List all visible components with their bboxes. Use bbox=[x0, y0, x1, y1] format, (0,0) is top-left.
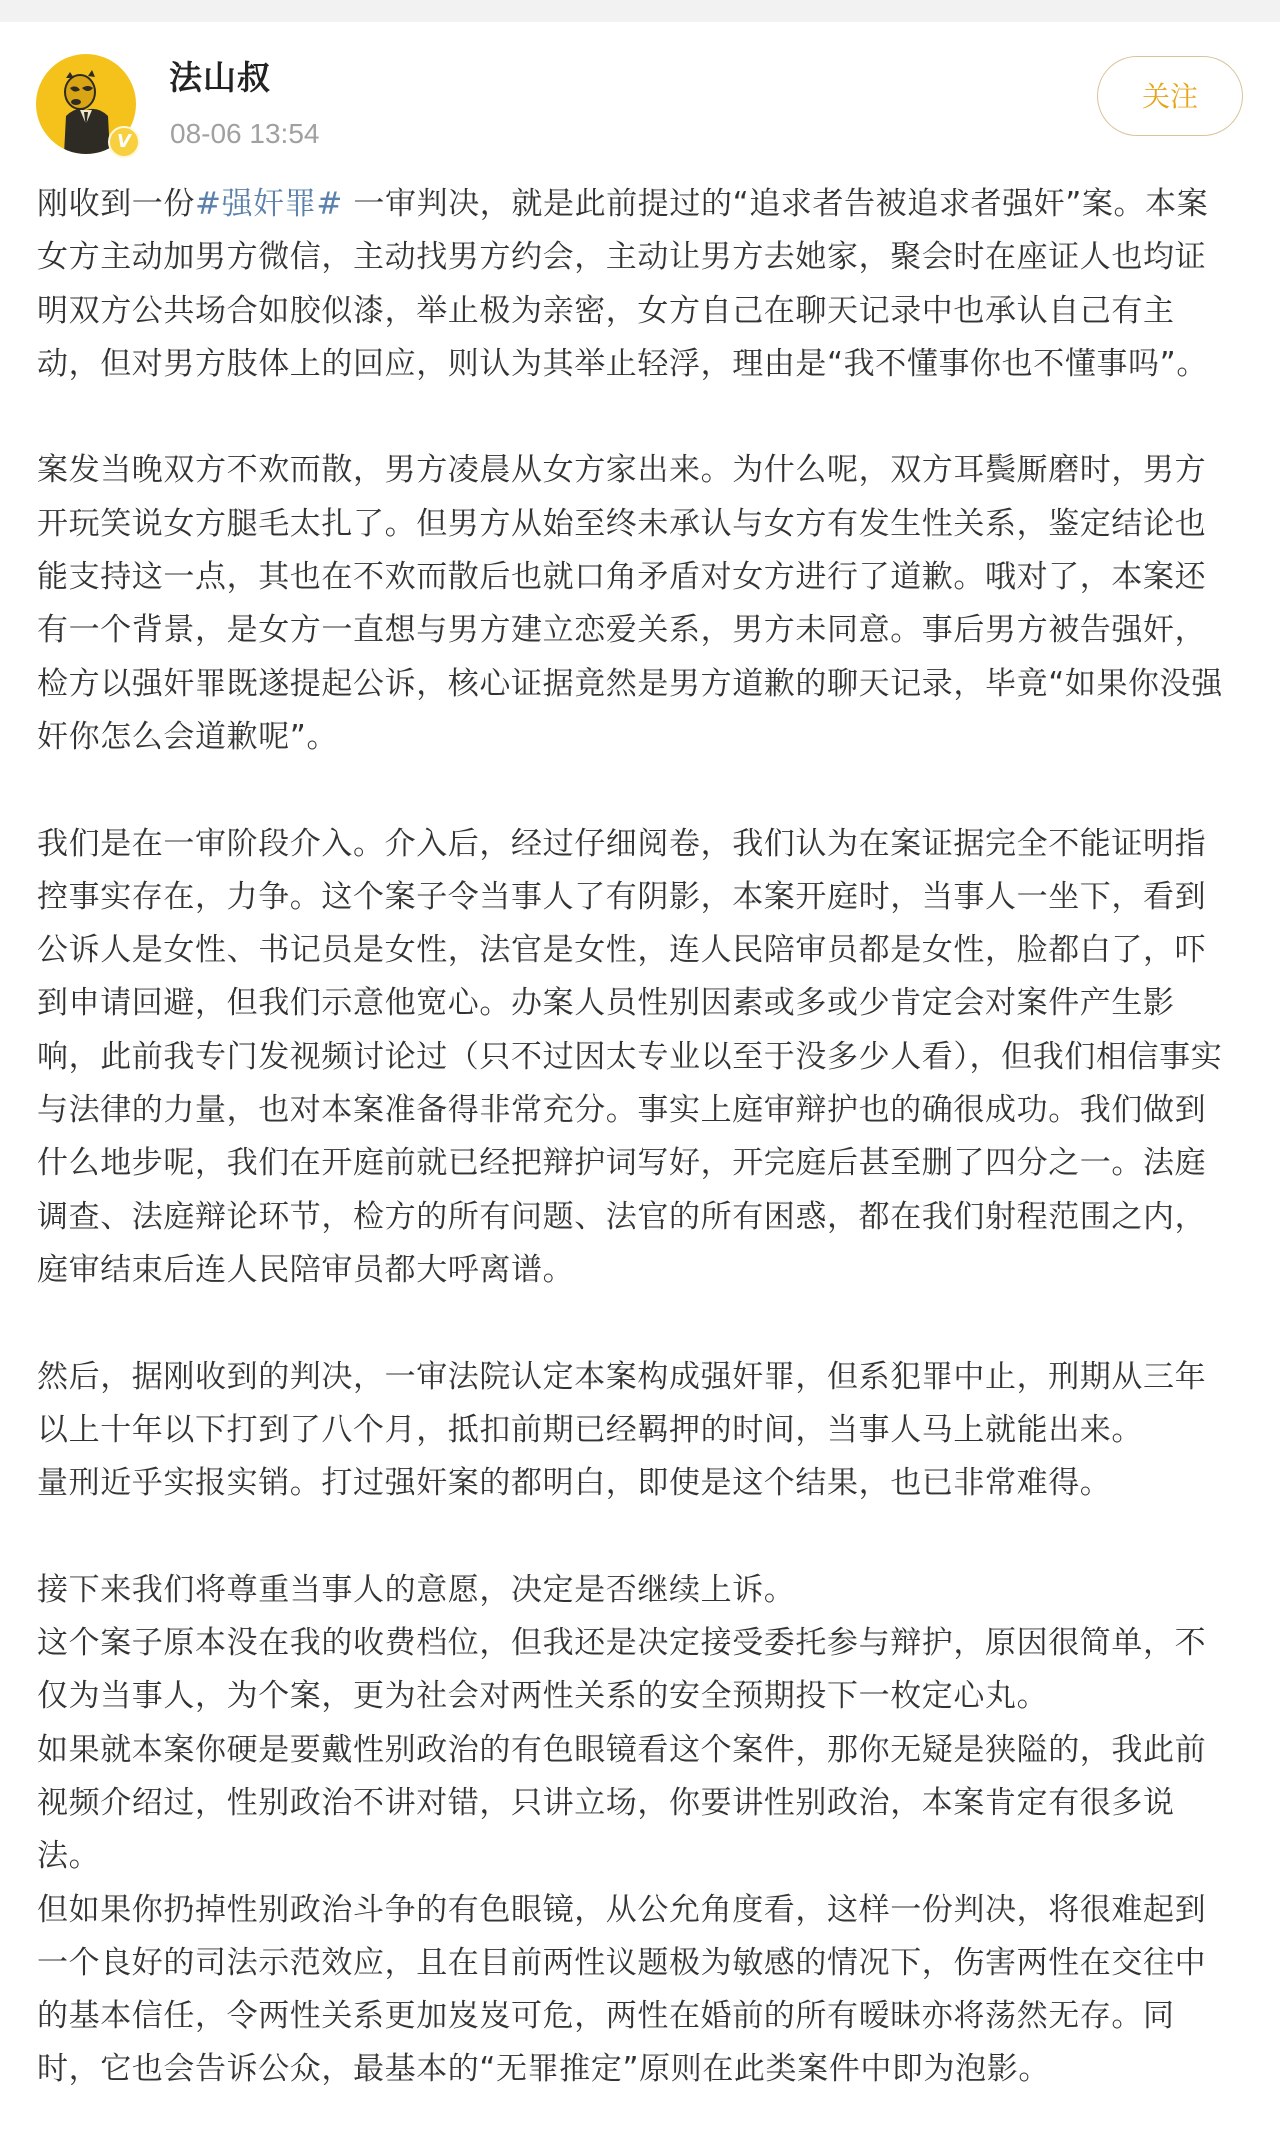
paragraph-1: 刚收到一份#强奸罪# 一审判决，就是此前提过的“追求者告被追求者强奸”案。本案女… bbox=[37, 178, 1237, 391]
paragraph-5-line-4: 但如果你扔掉性别政治斗争的有色眼镜，从公允角度看，这样一份判决，将很难起到一个良… bbox=[37, 1884, 1237, 2097]
paragraph-1-lead: 刚收到一份 bbox=[37, 186, 195, 222]
top-divider-strip bbox=[0, 0, 1280, 22]
paragraph-4-line-1: 然后，据刚收到的判决，一审法院认定本案构成强奸罪，但系犯罪中止，刑期从三年以上十… bbox=[37, 1351, 1237, 1458]
follow-button[interactable]: 关注 bbox=[1097, 56, 1243, 136]
paragraph-5-line-2: 这个案子原本没在我的收费档位，但我还是决定接受委托参与辩护，原因很简单，不仅为当… bbox=[37, 1617, 1237, 1724]
paragraph-5-line-1: 接下来我们将尊重当事人的意愿，决定是否继续上诉。 bbox=[37, 1564, 1237, 1617]
hashtag-link[interactable]: #强奸罪# bbox=[195, 186, 343, 222]
post-body: 刚收到一份#强奸罪# 一审判决，就是此前提过的“追求者告被追求者强奸”案。本案女… bbox=[37, 178, 1237, 2097]
post-timestamp: 08-06 13:54 bbox=[170, 114, 319, 154]
author-name[interactable]: 法山叔 bbox=[169, 56, 271, 100]
paragraph-3: 我们是在一审阶段介入。介入后，经过仔细阅卷，我们认为在案证据完全不能证明指控事实… bbox=[37, 818, 1237, 1298]
paragraph-2: 案发当晚双方不欢而散，男方凌晨从女方家出来。为什么呢，双方耳鬓厮磨时，男方开玩笑… bbox=[37, 444, 1237, 764]
paragraph-4-line-2: 量刑近乎实报实销。打过强奸案的都明白，即使是这个结果，也已非常难得。 bbox=[37, 1457, 1237, 1510]
paragraph-5-line-3: 如果就本案你硬是要戴性别政治的有色眼镜看这个案件，那你无疑是狭隘的，我此前视频介… bbox=[37, 1724, 1237, 1884]
verified-badge-icon: V bbox=[108, 126, 140, 158]
